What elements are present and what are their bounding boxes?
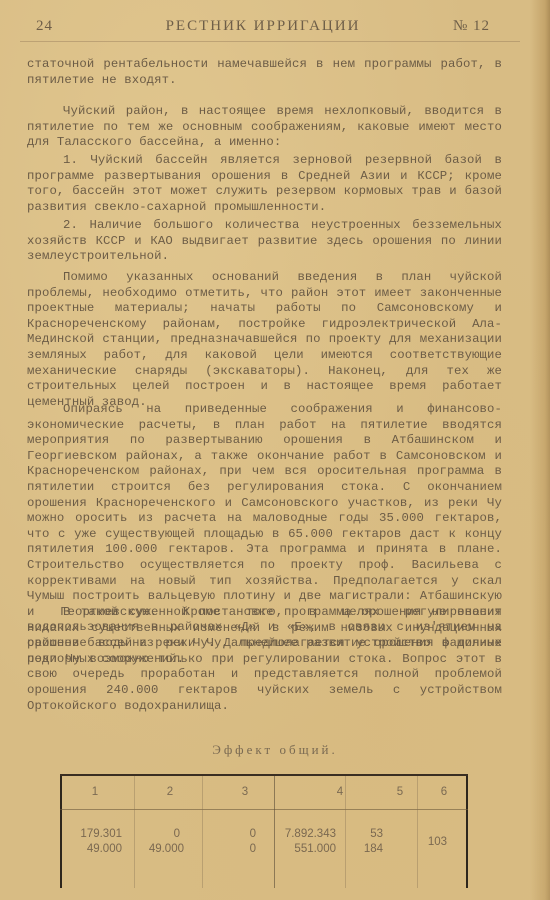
column-header: 1 <box>60 786 130 798</box>
paragraph-narrowed: В такой суженной постановке программа ор… <box>27 605 502 714</box>
paragraph-continuation: статочной рентабельности намечавшейся в … <box>27 57 502 88</box>
column-divider <box>345 776 346 888</box>
column-divider <box>417 776 418 888</box>
table-title: Эффект общий. <box>0 742 550 758</box>
column-header: 6 <box>420 786 468 798</box>
cell-value: 103 <box>425 836 447 848</box>
table-header-row: 1 2 3 4 5 6 <box>60 776 468 810</box>
cell-value: 0 <box>240 828 256 840</box>
cell-value: 179.301 <box>70 828 122 840</box>
header-rule <box>20 41 520 42</box>
cell-value: 7.892.343 <box>278 828 336 840</box>
cell-value: 0 <box>156 828 180 840</box>
column-divider <box>274 776 275 888</box>
effect-table: 1 2 3 4 5 6 179.301 0 0 7.892.343 53 103… <box>60 774 468 888</box>
list-item-2: 2. Наличие большого количества неустроен… <box>27 218 502 265</box>
cell-value: 49.000 <box>138 843 184 855</box>
journal-title: РЕСТНИК ИРРИГАЦИИ <box>36 18 490 35</box>
list-item-1: 1. Чуйский бассейн является зерновой рез… <box>27 153 502 215</box>
cell-value: 551.000 <box>278 843 336 855</box>
running-header: 24 РЕСТНИК ИРРИГАЦИИ № 12 <box>36 18 490 38</box>
issue-number: № 12 <box>453 18 490 35</box>
paragraph-besides: Помимо указанных оснований введения в пл… <box>27 270 502 410</box>
column-divider <box>134 776 135 888</box>
column-divider <box>202 776 203 888</box>
cell-value: 0 <box>240 843 256 855</box>
cell-value: 53 <box>365 828 383 840</box>
document-page: 24 РЕСТНИК ИРРИГАЦИИ № 12 статочной рент… <box>0 0 550 900</box>
column-header: 2 <box>135 786 205 798</box>
cell-value: 184 <box>360 843 383 855</box>
cell-value: 49.000 <box>70 843 122 855</box>
paragraph-chui-district: Чуйский район, в настоящее время нехлопк… <box>27 104 502 151</box>
column-header: 3 <box>210 786 280 798</box>
column-header: 4 <box>300 786 380 798</box>
